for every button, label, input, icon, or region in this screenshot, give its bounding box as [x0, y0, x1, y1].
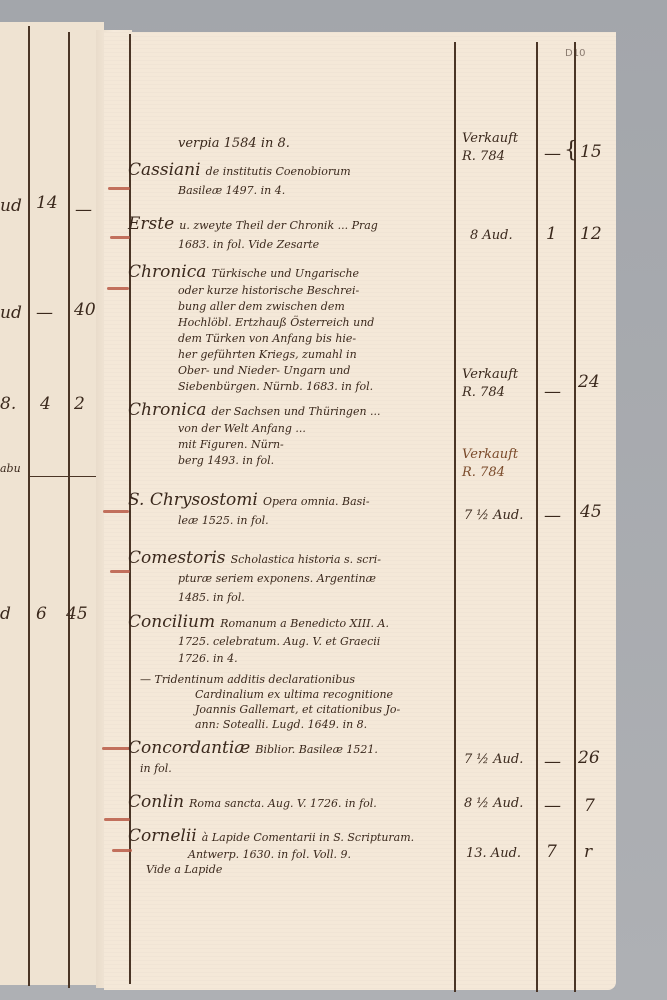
entry-head: Comestoris [128, 548, 226, 568]
left-col1: 6 [36, 604, 47, 624]
column2-rule [536, 42, 538, 992]
entry-head: Chronica [128, 400, 206, 420]
price-cell: Verkauft R. 784 [462, 130, 532, 166]
catalog-entry: Chronica Türkische und Ungarische oder k… [128, 262, 458, 395]
brace-mark: { [564, 138, 578, 163]
col3-cell: 7 [584, 796, 595, 816]
col2-cell: — [544, 796, 561, 816]
entry-head: Cornelii [128, 826, 197, 846]
red-margin-mark [104, 818, 130, 821]
left-page-sum-rule [28, 476, 98, 477]
catalog-entry: S. Chrysostomi Opera omnia. Basi- leæ 15… [128, 490, 458, 530]
col3-cell: 15 [580, 142, 602, 162]
left-fragment: abu [0, 462, 21, 475]
col2-cell: — [544, 506, 561, 526]
price-cell: 7 ½ Aud. [464, 752, 523, 767]
entry-head: Chronica [128, 262, 206, 282]
entry-head: Concordantiæ [128, 738, 250, 758]
col3-cell: 12 [580, 224, 602, 244]
left-fragment: d [0, 604, 11, 624]
price-cell: 8 ½ Aud. [464, 796, 523, 811]
entry-head: S. Chrysostomi [128, 490, 258, 510]
entry-head: Erste [128, 214, 174, 234]
price-cell: 8 Aud. [470, 228, 513, 243]
price-cell: 7 ½ Aud. [464, 508, 523, 523]
col2-cell: — [544, 144, 561, 164]
catalog-entry: — Tridentinum additis declarationibus Ca… [140, 672, 470, 732]
col3-cell: r [584, 842, 592, 862]
left-col1: 14 [36, 193, 58, 213]
catalog-entry: Erste u. zweyte Theil der Chronik ... Pr… [128, 214, 458, 254]
col2-cell: — [544, 752, 561, 772]
price-cell: 13. Aud. [466, 846, 521, 861]
catalog-entry: Chronica der Sachsen und Thüringen ... v… [128, 400, 458, 469]
column3-rule [574, 42, 576, 992]
left-col2: 40 [74, 300, 96, 320]
red-margin-mark [108, 187, 130, 190]
red-margin-mark [102, 747, 130, 750]
catalog-entry: Cornelii à Lapide Comentarii in S. Scrip… [128, 826, 458, 877]
left-fragment: ud [0, 196, 22, 216]
left-fragment: ud [0, 303, 22, 323]
catalog-entry: Conlin Roma sancta. Aug. V. 1726. in fol… [128, 792, 458, 813]
catalog-entry: Cassiani de institutis Coenobiorum Basil… [128, 160, 458, 200]
entry-head: Concilium [128, 612, 215, 632]
continuation-line: verpia 1584 in 8. [178, 136, 290, 151]
left-col2: 2 [74, 394, 85, 414]
left-col2: — [75, 200, 92, 220]
entry-head: Conlin [128, 792, 184, 812]
red-margin-mark [110, 236, 130, 239]
entry-head: — Tridentinum [140, 673, 224, 686]
red-margin-mark [110, 570, 130, 573]
price-cell: Verkauft R. 784 [462, 366, 532, 402]
col3-cell: 45 [580, 502, 602, 522]
catalog-entry: Concilium Romanum a Benedicto XIII. A. 1… [128, 612, 458, 667]
col2-cell: 1 [546, 224, 557, 244]
col3-cell: 24 [578, 372, 600, 392]
left-page [0, 22, 104, 985]
left-col1: 4 [40, 394, 51, 414]
left-fragment: 8. [0, 394, 16, 414]
col2-cell: 7 [546, 842, 557, 862]
left-page-rule-2 [68, 32, 70, 988]
col2-cell: — [544, 382, 561, 402]
catalog-entry: Comestoris Scholastica historia s. scri-… [128, 548, 458, 607]
entry-head: Cassiani [128, 160, 201, 180]
red-margin-mark [103, 510, 129, 513]
catalog-entry: Concordantiæ Biblior. Basileæ 1521. in f… [128, 738, 458, 778]
left-col2: 45 [66, 604, 88, 624]
col3-cell: 26 [578, 748, 600, 768]
price-cell: Verkauft R. 784 [462, 446, 532, 482]
red-margin-mark [107, 287, 129, 290]
left-col1: — [36, 303, 53, 323]
left-page-rule-1 [28, 26, 30, 986]
